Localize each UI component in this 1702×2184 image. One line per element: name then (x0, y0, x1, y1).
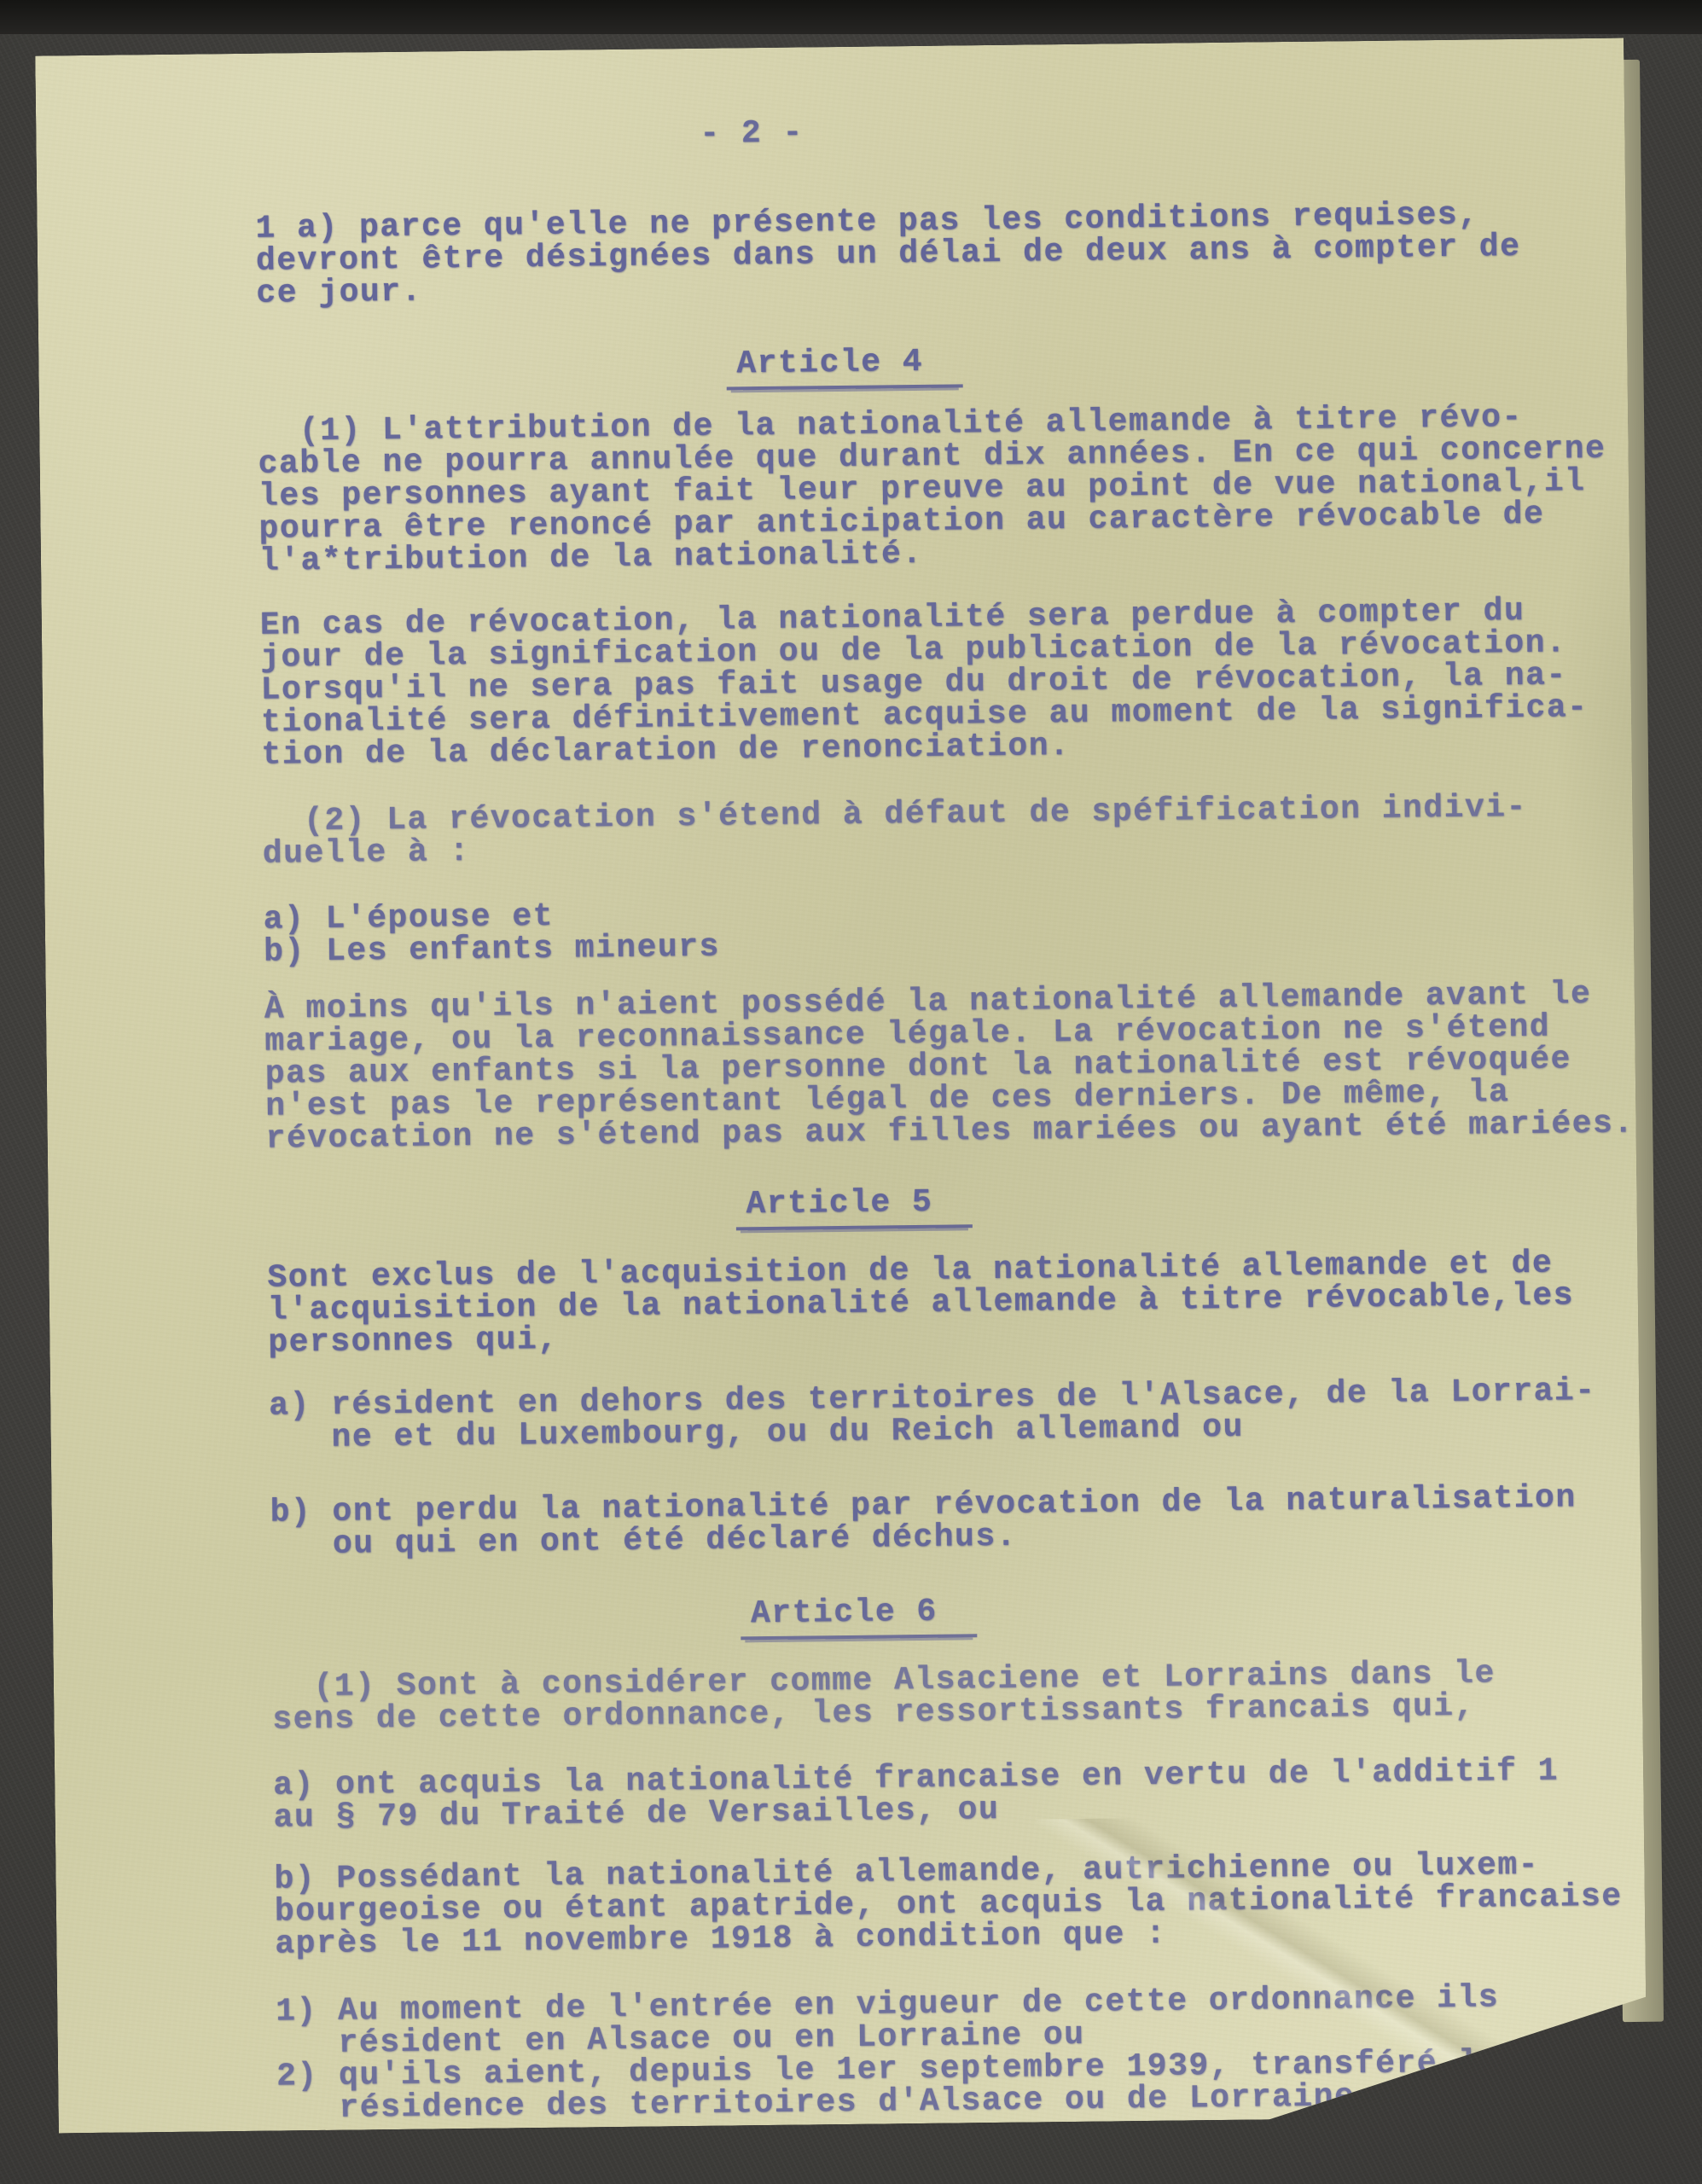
scanned-document-page: { "page": { "number": "- 2 -", "paper_co… (0, 0, 1702, 2184)
article-6-item-b: b) Possédant la nationalité allemande, a… (274, 1849, 1623, 1961)
intro-paragraph: 1 a) parce qu'elle ne présente pas les c… (255, 199, 1521, 311)
article-6-conditions-list: 1) Au moment de l'entrée en vigueur de c… (276, 1982, 1542, 2126)
article-4-heading: Article 4 (726, 346, 962, 390)
mount-top-strip (0, 0, 1702, 34)
paper-sheet: - 2 - 1 a) parce qu'elle ne présente pas… (35, 38, 1647, 2134)
article-4-paragraph-4: À moins qu'ils n'aient possédé la nation… (264, 978, 1635, 1155)
article-5-item-a: a) résident en dehors des territoires de… (269, 1375, 1596, 1455)
article-4-paragraph-2: En cas de révocation, la nationalité ser… (260, 595, 1589, 772)
article-5-heading: Article 5 (735, 1186, 972, 1230)
article-6-item-a: a) ont acquis la nationalité francaise e… (273, 1756, 1560, 1835)
article-6-paragraph-1: (1) Sont à considérer comme Alsaciene et… (272, 1658, 1496, 1736)
article-4-paragraph-1: (1) L'attribution de la nationalité alle… (258, 401, 1607, 578)
article-5-item-b: b) ont perdu la nationalité par révocati… (270, 1482, 1577, 1561)
article-4-list-ab: a) L'épouse et b) Les enfants mineurs (264, 899, 721, 969)
article-5-paragraph-1: Sont exclus de l'acquisition de la natio… (267, 1247, 1574, 1359)
page-number: - 2 - (700, 117, 804, 150)
article-6-heading: Article 6 (741, 1595, 977, 1640)
article-4-paragraph-3: (2) La révocation s'étend à défaut de sp… (262, 792, 1527, 871)
